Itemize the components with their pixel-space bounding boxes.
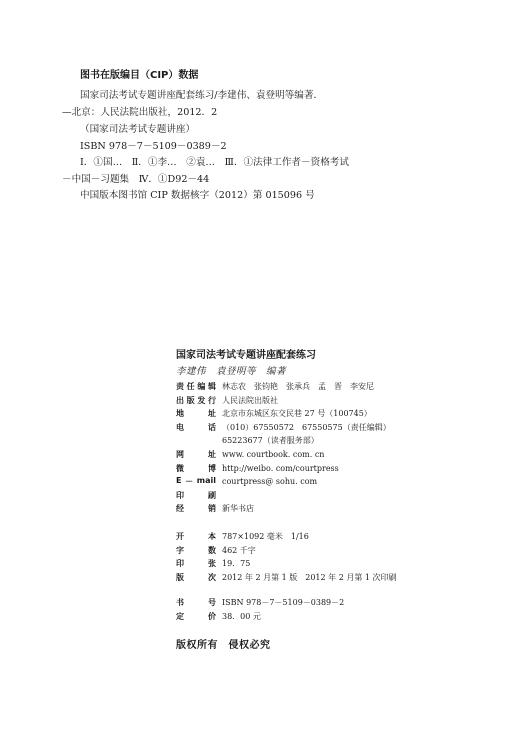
info-label: 网址 [176, 449, 216, 460]
book-authors: 李建伟 袁登明等 编著 [176, 363, 286, 377]
info-value: 787×1092 毫米 1/16 [222, 531, 309, 542]
info-label: 经销 [176, 503, 216, 514]
info-label: 印张 [176, 558, 216, 569]
cip-line-subjects: Ⅰ．①国… Ⅱ．①李… ②袁… Ⅲ．①法律工作者－资格考试 [80, 157, 349, 169]
cip-line-publisher: —北京：人民法院出版社，2012．2 [62, 107, 217, 119]
info-label: 字数 [176, 545, 216, 556]
info-value: （010）67550572 67550575（责任编辑） [222, 422, 391, 433]
info-value: 2012 年 2 月第 1 版 2012 年 2 月第 1 次印刷 [222, 572, 397, 583]
info-value: 林志农 张钧艳 张承兵 孟 晋 李安尼 [222, 381, 374, 392]
info-label: 电话 [176, 422, 216, 433]
info-value: courtpress@ sohu. com [222, 476, 317, 487]
cip-line-subjects-cont: －中国－习题集 Ⅳ．①D92－44 [62, 174, 209, 186]
info-value: 北京市东城区东交民巷 27 号（100745） [222, 408, 372, 419]
info-value: www. courtbook. com. cn [222, 449, 324, 460]
info-value: 38．00 元 [222, 611, 261, 622]
info-value: 462 千字 [222, 545, 256, 556]
info-label: 微博 [176, 463, 216, 474]
info-value: ISBN 978－7－5109－0389－2 [222, 597, 344, 608]
info-value: 新华书店 [222, 503, 254, 514]
info-label: E－mail [176, 476, 216, 487]
info-value: 65223677（读者服务部） [222, 435, 319, 446]
info-label: 书号 [176, 597, 216, 608]
info-label: 责任编辑 [176, 381, 216, 392]
cip-line-series: （国家司法考试专题讲座） [80, 124, 195, 136]
cip-line-title: 国家司法考试专题讲座配套练习/李建伟、袁登明等编著． [80, 90, 323, 102]
cip-line-isbn: ISBN 978－7－5109－0389－2 [80, 141, 227, 153]
cip-heading: 图书在版编目（CIP）数据 [80, 66, 198, 81]
info-label: 定价 [176, 611, 216, 622]
info-label: 出版发行 [176, 395, 216, 406]
info-label: 地址 [176, 408, 216, 419]
info-value: 19．75 [222, 558, 250, 569]
cip-line-record-number: 中国版本图书馆 CIP 数据核字（2012）第 015096 号 [80, 190, 315, 202]
copyright-notice: 版权所有 侵权必究 [176, 636, 271, 651]
info-value: 人民法院出版社 [222, 395, 278, 406]
info-label: 印刷 [176, 490, 216, 501]
info-value: http://weibo. com/courtpress [222, 463, 339, 474]
info-label: 开本 [176, 531, 216, 542]
info-label: 版次 [176, 572, 216, 583]
book-title: 国家司法考试专题讲座配套练习 [176, 346, 316, 361]
